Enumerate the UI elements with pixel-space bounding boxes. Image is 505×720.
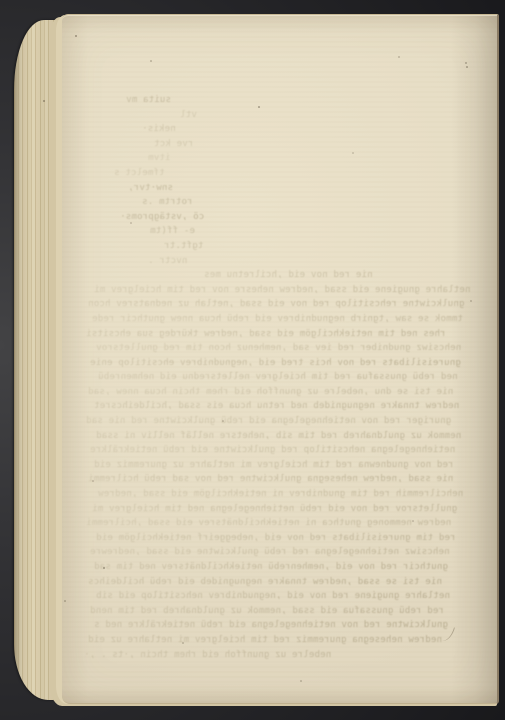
speck xyxy=(258,106,260,108)
speck xyxy=(470,300,472,302)
show-through-line: suita mv xyxy=(84,87,482,102)
speck xyxy=(465,62,467,64)
show-through-text: suita mvvtlnekis·rve kctitvmtfmelct ssnw… xyxy=(84,87,482,662)
show-through-line: nekis· xyxy=(84,116,482,131)
speck xyxy=(130,222,132,224)
show-through-line: nie red nov eid ,hcilretnu mes xyxy=(84,262,482,277)
speck xyxy=(92,480,94,482)
speck xyxy=(466,66,468,68)
speck xyxy=(352,152,354,154)
scanned-page-photo: suita mvvtlnekis·rve kctitvmtfmelct ssnw… xyxy=(0,0,505,720)
speck xyxy=(182,642,184,644)
speck xyxy=(222,420,224,422)
show-through-line: tgft.tr xyxy=(84,233,482,248)
speck xyxy=(412,520,414,522)
speck xyxy=(398,56,400,58)
speck xyxy=(75,35,77,37)
show-through-line: nvctr . xyxy=(84,248,482,263)
speck xyxy=(103,567,105,569)
speck xyxy=(300,680,302,682)
speck xyxy=(43,100,45,102)
blank-page-verso: suita mvvtlnekis·rve kctitvmtfmelct ssnw… xyxy=(62,14,499,704)
speck xyxy=(64,600,66,602)
show-through-line: tfmelct s xyxy=(84,160,482,175)
speck xyxy=(150,60,152,62)
show-through-line: itvm xyxy=(84,145,482,160)
